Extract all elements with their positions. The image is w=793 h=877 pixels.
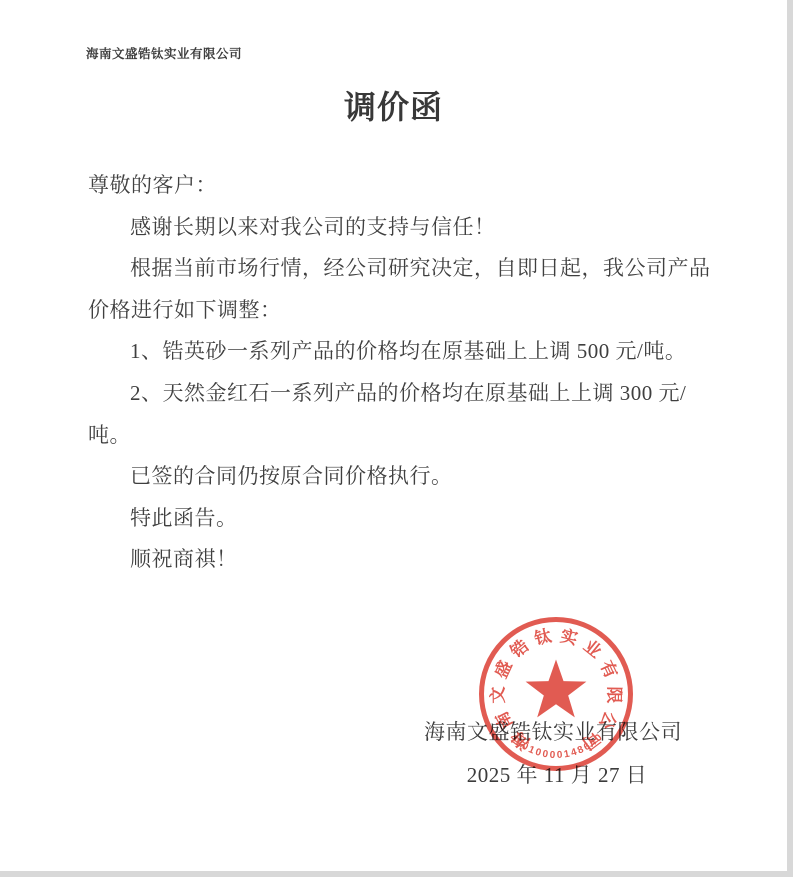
seal-serial-digit: 0 — [541, 750, 548, 761]
body-line: 价格进行如下调整： — [88, 290, 760, 332]
company-seal: 海南文盛锆钛实业有限公司 46010000148640 — [479, 617, 633, 771]
body-line: 已签的合同仍按原合同价格执行。 — [88, 456, 760, 498]
seal-ring-char: 实 — [559, 627, 579, 647]
seal-ring-char: 有 — [597, 658, 620, 681]
seal-ring-char: 限 — [605, 686, 622, 703]
seal-ring-char: 公 — [596, 709, 619, 732]
seal-ring-char: 南 — [493, 709, 516, 732]
closing-notice-line: 特此函告。 — [88, 498, 760, 540]
letter-body: 尊敬的客户： 感谢长期以来对我公司的支持与信任！ 根据当前市场行情，经公司研究决… — [88, 165, 760, 581]
salutation-line: 尊敬的客户： — [88, 165, 760, 207]
seal-ring-char: 钛 — [533, 627, 553, 647]
body-line: 根据当前市场行情，经公司研究决定，自即日起，我公司产品 — [88, 248, 760, 290]
body-line: 感谢长期以来对我公司的支持与信任！ — [88, 207, 760, 249]
seal-serial-digit: 1 — [563, 750, 570, 761]
seal-ring-char: 盛 — [492, 658, 515, 681]
letter-title: 调价函 — [0, 82, 787, 128]
seal-serial-digit: 0 — [557, 751, 563, 761]
body-line: 吨。 — [88, 415, 760, 457]
letterhead-company-name: 海南文盛锆钛实业有限公司 — [86, 44, 242, 62]
price-adjustment-letter-page: 海南文盛锆钛实业有限公司 调价函 尊敬的客户： 感谢长期以来对我公司的支持与信任… — [0, 0, 793, 877]
seal-ring-char: 文 — [489, 686, 506, 703]
seal-star-icon — [522, 658, 590, 731]
price-item-1-line: 1、锆英砂一系列产品的价格均在原基础上上调 500 元/吨。 — [88, 331, 760, 373]
price-item-2-line: 2、天然金红石一系列产品的价格均在原基础上上调 300 元/ — [88, 373, 760, 415]
seal-serial-digit: 0 — [549, 751, 555, 761]
closing-wish-line: 顺祝商祺！ — [88, 539, 760, 581]
